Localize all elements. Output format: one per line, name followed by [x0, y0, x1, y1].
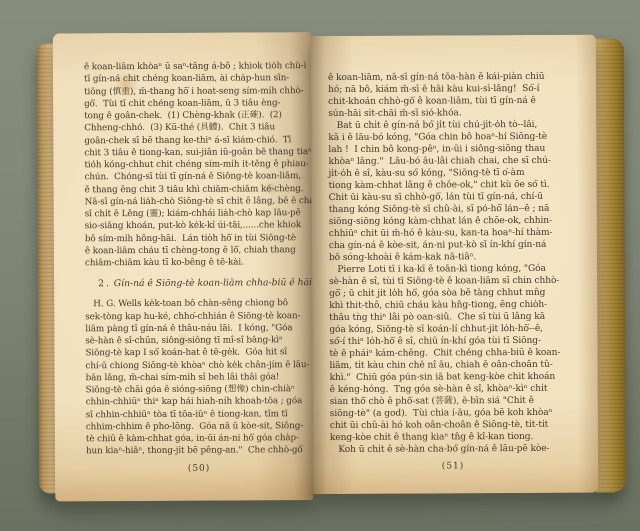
- page-number-right: (51): [330, 461, 576, 472]
- text-line: hó; nā bô, kiám m̄-sī ē hāi kàu kui-sì-l…: [328, 83, 574, 96]
- text-line: ê kéng-hóng. Tng góa sè-hàn ê sî, khòaⁿ-…: [330, 383, 576, 396]
- text-line: tè chiū ē kàm-chhat góa, in-ūi án-ni hō͘…: [86, 432, 312, 445]
- book-photo-background: ê koan-liām khòaⁿ ū saⁿ-tâng á-bô ; khio…: [0, 0, 640, 531]
- text-line: tong ê goân-chek. (1) Chèng-khak (正確). (…: [84, 109, 310, 122]
- text-line: chí-ū chiong Siōng-tè khòaⁿ chò ke̍k châ…: [85, 359, 311, 372]
- text-line: chhim-chhim ê pho-lōng. Góa nā ū kòe-sit…: [86, 420, 312, 433]
- text-line: liām pàng tī gín-ná ê thâu-náu lāi. I kó…: [85, 322, 311, 335]
- text-line: Chheng-chhó. (3) Kū-thé (具體). Chit 3 tiâ…: [84, 121, 310, 134]
- open-book: ê koan-liām khòaⁿ ū saⁿ-tâng á-bô ; khio…: [35, 24, 628, 509]
- text-line: chún. Chóng-sī tùi tī gín-ná ê Siōng-tè …: [84, 170, 310, 183]
- text-line: khòaⁿ lâng." Lāu-bó āu-lâi chiah chai, c…: [328, 155, 574, 168]
- text-line: tiōng (慎重), m̄-thang hō͘ i hoat-seng sím…: [84, 85, 310, 98]
- text-line: sī chi̍t ê Lêng (靈); kiám-chhái lia̍h-ch…: [85, 207, 311, 220]
- text-line: tio̍h kóng-chhut chit chéng sím-mi̍h it-…: [84, 158, 310, 171]
- book-page-left: ê koan-liām khòaⁿ ū saⁿ-tâng á-bô ; khio…: [53, 32, 313, 501]
- text-line: bān lâng, m̄-chai sím-mi̍h sî beh lâi th…: [86, 371, 312, 384]
- section-title: Gín-ná ê Siōng-tè koan-liām chha-biū ê h…: [114, 277, 315, 289]
- text-line: ê koan-liām khòaⁿ ū saⁿ-tâng á-bô ; khio…: [84, 60, 310, 73]
- text-line: gō͘. Tùi tī chit chéng koan-liām, ū 3 ti…: [84, 97, 310, 110]
- left-paragraph-2: H. G. Wells ke̍k-toan bô chàn-sêng chion…: [85, 297, 312, 457]
- text-line: sè-hàn ê sî-chūn, siông-siông tī mî-sî b…: [85, 334, 311, 347]
- text-line: Siōng-tè chāi góa ê sióng-siōng (想像) chi…: [86, 383, 312, 396]
- section-heading: 2. Gín-ná ê Siōng-tè koan-liām chha-biū …: [98, 277, 311, 290]
- text-line: Koh ū chi̍t ê sè-hàn cha-bó͘ gín-ná ê lā…: [330, 443, 576, 456]
- text-line: H. G. Wells ke̍k-toan bô chàn-sêng chion…: [85, 297, 311, 310]
- text-line: hun kiaⁿ-hiâⁿ, thong-ji̍t bē pêng-an." C…: [86, 444, 312, 457]
- right-paragraphs: ê koan-liām, nā-sī gín-ná tōa-hàn ē kái-…: [328, 71, 576, 456]
- book-page-right: ê koan-liām, nā-sī gín-ná tōa-hàn ē kái-…: [311, 35, 598, 494]
- text-line: goân-chek sī bē thang ke-thiⁿ á-sī kiám-…: [84, 134, 310, 147]
- text-line: cha gín-ná ê kòe-sit, án-ni put-kò sī ín…: [329, 239, 575, 252]
- text-line: tī gín-ná chit chéng koan-liām, ài cha̍p…: [84, 72, 310, 85]
- right-page-text-column: ê koan-liām, nā-sī gín-ná tōa-hàn ē kái-…: [328, 71, 576, 472]
- text-line: sio-siāng khoán, put-kò ke̍k-kî úi-tāi,.…: [85, 219, 311, 232]
- text-line: bô sím-mi̍h hông-hāi. Lán tio̍h hō͘ in t…: [85, 232, 311, 245]
- text-line: chiām-chiām kàu tī ko-bêng ê tē-kài.: [85, 256, 311, 269]
- text-line: chhin-chhiūⁿ thiⁿ kap hái hiah-ni̍h khoa…: [86, 395, 312, 408]
- left-paragraph-1: ê koan-liām khòaⁿ ū saⁿ-tâng á-bô ; khio…: [84, 60, 311, 269]
- text-line: Siōng-tè kap I só͘ koán-hat ê tē-ge̍k. G…: [85, 346, 311, 359]
- text-line: Nā-sī gín-ná lia̍h-chò Siōng-tè sī chi̍t…: [85, 195, 311, 208]
- text-line: ê koan-liām cháu tī chèng-tong ê lō͘, ch…: [85, 244, 311, 257]
- left-page-text-column: ê koan-liām khòaⁿ ū saⁿ-tâng á-bô ; khio…: [84, 60, 312, 474]
- text-line: chit 3 tiâu ê tiong-kan, sui-jiân iû-goâ…: [84, 146, 310, 159]
- text-line: ē thang ēng chit 3 tiâu khì chiām-chiām …: [85, 183, 311, 196]
- text-line: sek-tòng kap hu-ké, chho͘-chhián ê Siōng…: [85, 310, 311, 323]
- page-number-left: (50): [86, 463, 312, 474]
- text-line: chit ūi chû-ài hó koh oân-choân ê Siōng-…: [330, 419, 576, 432]
- text-line: sī chhin-chhiūⁿ tòa tī tōa-iûⁿ ê tiong-k…: [86, 408, 312, 421]
- section-number: 2.: [98, 278, 111, 289]
